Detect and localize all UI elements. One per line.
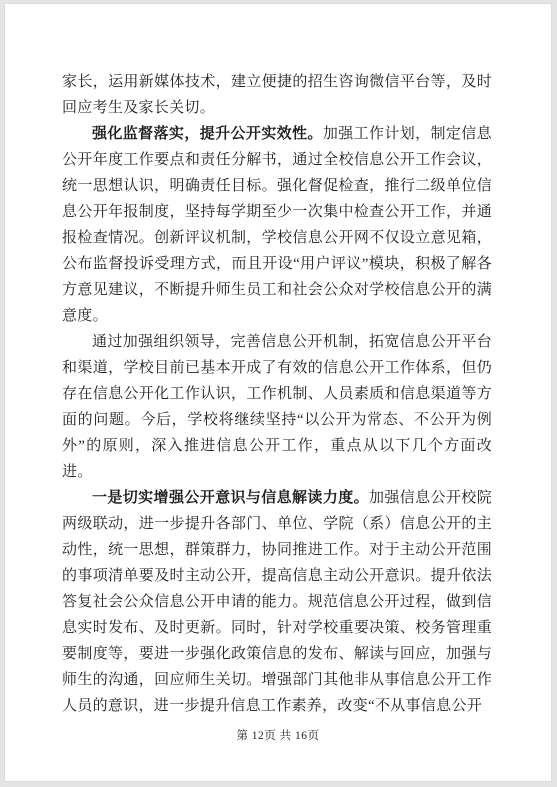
paragraph: 通过加强组织领导，完善信息公开机制，拓宽信息公开平台和渠道，学校目前已基本开成了… [62, 329, 492, 485]
paragraph-lead-bold: 强化监督落实，提升公开实效性。 [92, 126, 323, 142]
paragraph-text: 通过加强组织领导，完善信息公开机制，拓宽信息公开平台和渠道，学校目前已基本开成了… [62, 334, 492, 480]
paragraph-text: 加强信息公开校院两级联动，进一步提升各部门、单位、学院（系）信息公开的主动性，统… [62, 490, 492, 714]
paragraph: 家长，运用新媒体技术，建立便捷的招生咨询微信平台等，及时回应考生及家长关切。 [62, 69, 492, 121]
paragraph-lead-bold: 一是切实增强公开意识与信息解读力度。 [92, 490, 369, 506]
document-body: 家长，运用新媒体技术，建立便捷的招生咨询微信平台等，及时回应考生及家长关切。强化… [62, 69, 492, 719]
paragraph-text: 家长，运用新媒体技术，建立便捷的招生咨询微信平台等，及时回应考生及家长关切。 [62, 74, 492, 116]
document-viewer: { "page": { "background_color": "#e4e4e4… [0, 0, 557, 787]
document-page: 家长，运用新媒体技术，建立便捷的招生咨询微信平台等，及时回应考生及家长关切。强化… [4, 3, 552, 782]
paragraph: 一是切实增强公开意识与信息解读力度。加强信息公开校院两级联动，进一步提升各部门、… [62, 485, 492, 719]
paragraph-text: 加强工作计划，制定信息公开年度工作要点和责任分解书，通过全校信息公开工作会议，统… [62, 126, 492, 324]
page-number-footer: 第 12页 共 16页 [5, 727, 551, 743]
paragraph: 强化监督落实，提升公开实效性。加强工作计划，制定信息公开年度工作要点和责任分解书… [62, 121, 492, 329]
